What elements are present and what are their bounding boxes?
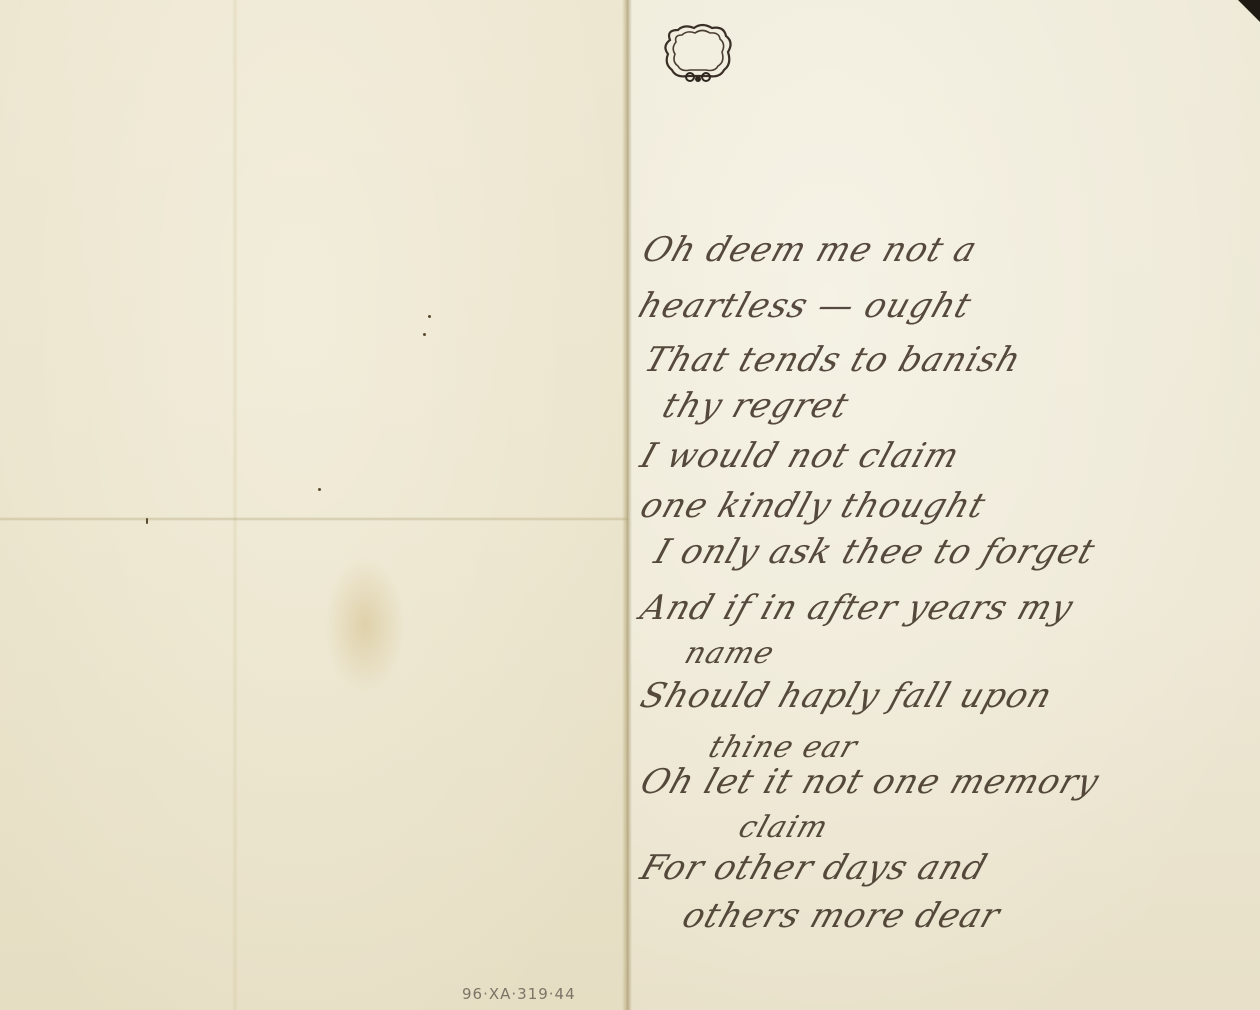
horizontal-fold <box>0 517 628 521</box>
poem-line: claim <box>734 810 833 845</box>
letter-spread: Oh deem me not a heartless — ought That … <box>0 0 1260 1010</box>
poem-line: For other days and <box>636 848 993 888</box>
poem-line: And if in after years my <box>636 588 1079 628</box>
ink-speck <box>428 315 431 318</box>
scan-corner <box>1238 0 1260 22</box>
poem-line: thine ear <box>704 730 862 765</box>
poem-line: thy regret <box>658 386 855 426</box>
ink-speck <box>146 518 148 524</box>
left-page <box>0 0 628 1010</box>
poem-line: one kindly thought <box>636 486 992 526</box>
poem-line: That tends to banish <box>640 340 1027 380</box>
vertical-fold <box>232 0 238 1010</box>
poem-line: Oh deem me not a <box>638 230 983 270</box>
poem-line: Oh let it not one memory <box>636 762 1105 802</box>
poem-line: heartless — ought <box>634 286 977 326</box>
accession-number: 96·XA·319·44 <box>462 985 576 1003</box>
ink-speck <box>423 333 426 336</box>
poem-line: I only ask thee to forget <box>650 532 1101 572</box>
poem-line: name <box>680 636 779 671</box>
poem-line: Should haply fall upon <box>636 676 1058 716</box>
ink-speck <box>318 488 321 491</box>
poem-line: I would not claim <box>636 436 965 476</box>
poem-line: others more dear <box>678 896 1006 936</box>
center-gutter <box>622 0 632 1010</box>
crest-emblem-icon <box>660 22 736 84</box>
